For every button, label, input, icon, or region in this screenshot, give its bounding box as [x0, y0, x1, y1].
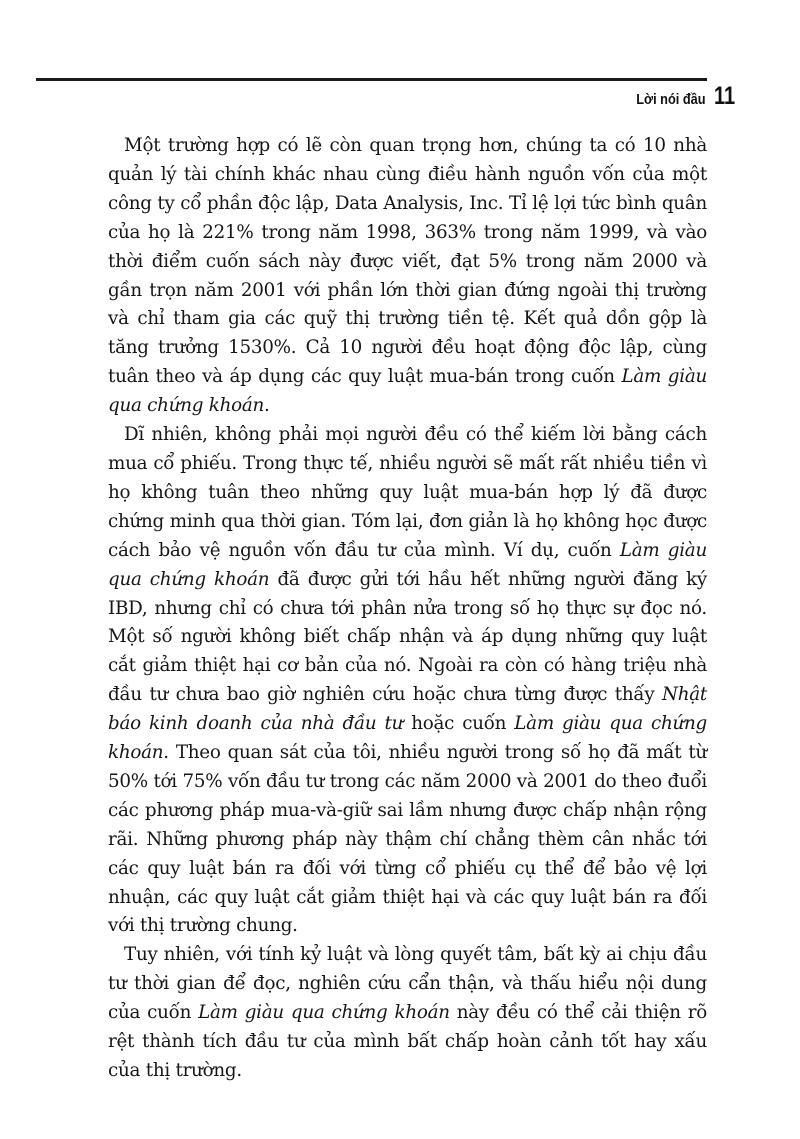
- text-segment: Một trường hợp có lẽ còn quan trọng hơn,…: [108, 135, 707, 387]
- paragraph-2: Dĩ nhiên, không phải mọi người đều có th…: [108, 421, 707, 941]
- page-number: 11: [714, 82, 735, 111]
- text-segment: .: [264, 395, 270, 416]
- header-rule: [36, 78, 707, 81]
- text-segment: . Theo quan sát của tôi, nhiều người tro…: [108, 742, 707, 936]
- paragraph-1: Một trường hợp có lẽ còn quan trọng hơn,…: [108, 132, 707, 421]
- running-header: Lời nói đầu 11: [624, 82, 740, 111]
- book-title: Làm giàu qua chứng khoán: [198, 1002, 450, 1023]
- text-segment: hoặc cuốn: [403, 713, 514, 734]
- paragraph-3: Tuy nhiên, với tính kỷ luật và lòng quyế…: [108, 941, 707, 1086]
- section-title: Lời nói đầu: [636, 91, 705, 108]
- text-segment: Dĩ nhiên, không phải mọi người đều có th…: [108, 424, 707, 561]
- body-text: Một trường hợp có lẽ còn quan trọng hơn,…: [108, 132, 707, 1086]
